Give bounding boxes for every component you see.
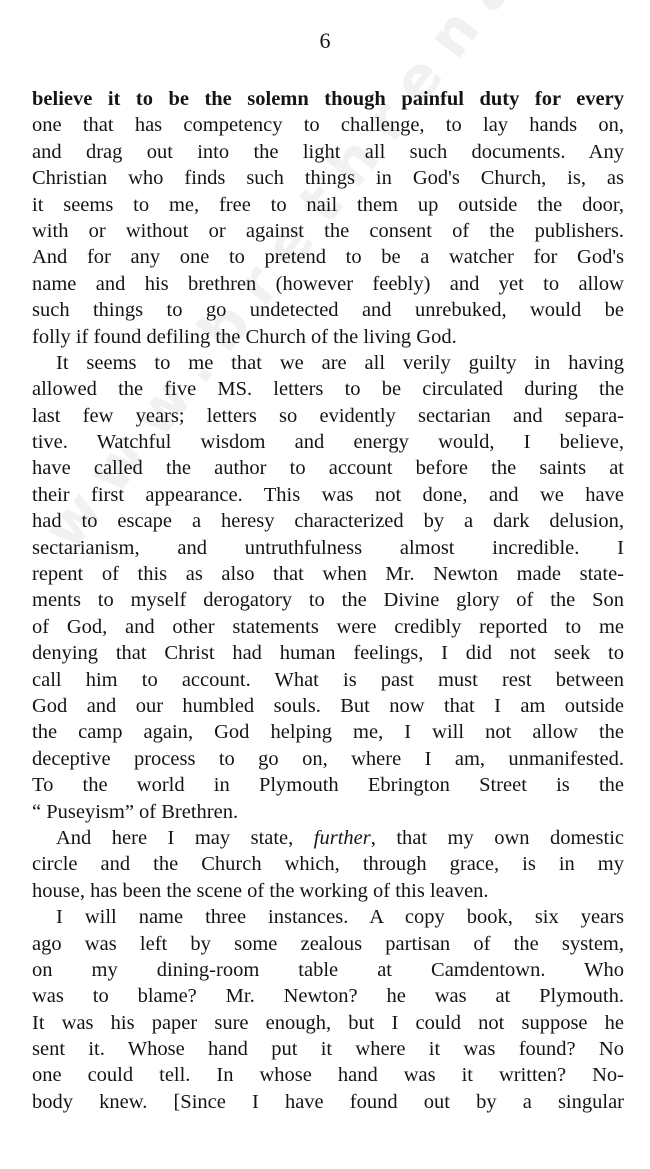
- paragraph-4: I will name three instances. A copy book…: [32, 904, 624, 1115]
- text-line: believe it to be the solemn though painf…: [32, 86, 624, 112]
- text-line: have called the author to account before…: [32, 455, 624, 481]
- text-run: And here I may state,: [56, 827, 314, 849]
- text-line: was to blame? Mr. Newton? he was at Plym…: [32, 983, 624, 1009]
- paragraph-2: It seems to me that we are all verily gu…: [32, 350, 624, 825]
- text-line: the camp again, God helping me, I will n…: [32, 719, 624, 745]
- text-line: And here I may state, further, that my o…: [32, 825, 624, 851]
- text-line: sectarianism, and untruthfulness almost …: [32, 535, 624, 561]
- paragraph-3: And here I may state, further, that my o…: [32, 825, 624, 904]
- text-line: To the world in Plymouth Ebrington Stree…: [32, 772, 624, 798]
- text-line: folly if found defiling the Church of th…: [32, 324, 624, 350]
- text-line: allowed the five MS. letters to be circu…: [32, 376, 624, 402]
- text-line: house, has been the scene of the working…: [32, 878, 624, 904]
- text-line: body knew. [Since I have found out by a …: [32, 1089, 624, 1115]
- text-line: And for any one to pretend to be a watch…: [32, 244, 624, 270]
- paragraph-1: believe it to be the solemn though painf…: [32, 86, 624, 350]
- text-line: had to escape a heresy characterized by …: [32, 508, 624, 534]
- text-line: repent of this as also that when Mr. New…: [32, 561, 624, 587]
- text-line: It was his paper sure enough, but I coul…: [32, 1010, 624, 1036]
- italic-word: further: [314, 827, 371, 849]
- text-line: call him to account. What is past must r…: [32, 667, 624, 693]
- text-line: ments to myself derogatory to the Divine…: [32, 587, 624, 613]
- text-line: ago was left by some zealous partisan of…: [32, 931, 624, 957]
- text-line: Christian who finds such things in God's…: [32, 165, 624, 191]
- text-line: with or without or against the consent o…: [32, 218, 624, 244]
- page-number: 6: [0, 28, 650, 54]
- body-text: believe it to be the solemn though painf…: [32, 86, 624, 1115]
- text-line: of God, and other statements were credib…: [32, 614, 624, 640]
- text-line: one that has competency to challenge, to…: [32, 112, 624, 138]
- text-line: their first appearance. This was not don…: [32, 482, 624, 508]
- text-line: one could tell. In whose hand was it wri…: [32, 1062, 624, 1088]
- text-line: circle and the Church which, through gra…: [32, 851, 624, 877]
- text-line: it seems to me, free to nail them up out…: [32, 192, 624, 218]
- text-line: sent it. Whose hand put it where it was …: [32, 1036, 624, 1062]
- text-line: denying that Christ had human feelings, …: [32, 640, 624, 666]
- text-line: on my dining-room table at Camdentown. W…: [32, 957, 624, 983]
- text-run: , that my own domestic: [371, 827, 624, 849]
- document-page: www.brethrenarchive.org 6 believe it to …: [0, 0, 650, 1169]
- text-line: I will name three instances. A copy book…: [32, 904, 624, 930]
- text-line: such things to go undetected and unrebuk…: [32, 297, 624, 323]
- text-line: tive. Watchful wisdom and energy would, …: [32, 429, 624, 455]
- text-line: It seems to me that we are all verily gu…: [32, 350, 624, 376]
- text-line: name and his brethren (however feebly) a…: [32, 271, 624, 297]
- text-line: “ Puseyism” of Brethren.: [32, 799, 624, 825]
- text-line: and drag out into the light all such doc…: [32, 139, 624, 165]
- text-line: deceptive process to go on, where I am, …: [32, 746, 624, 772]
- text-line: last few years; letters so evidently sec…: [32, 403, 624, 429]
- text-line: God and our humbled souls. But now that …: [32, 693, 624, 719]
